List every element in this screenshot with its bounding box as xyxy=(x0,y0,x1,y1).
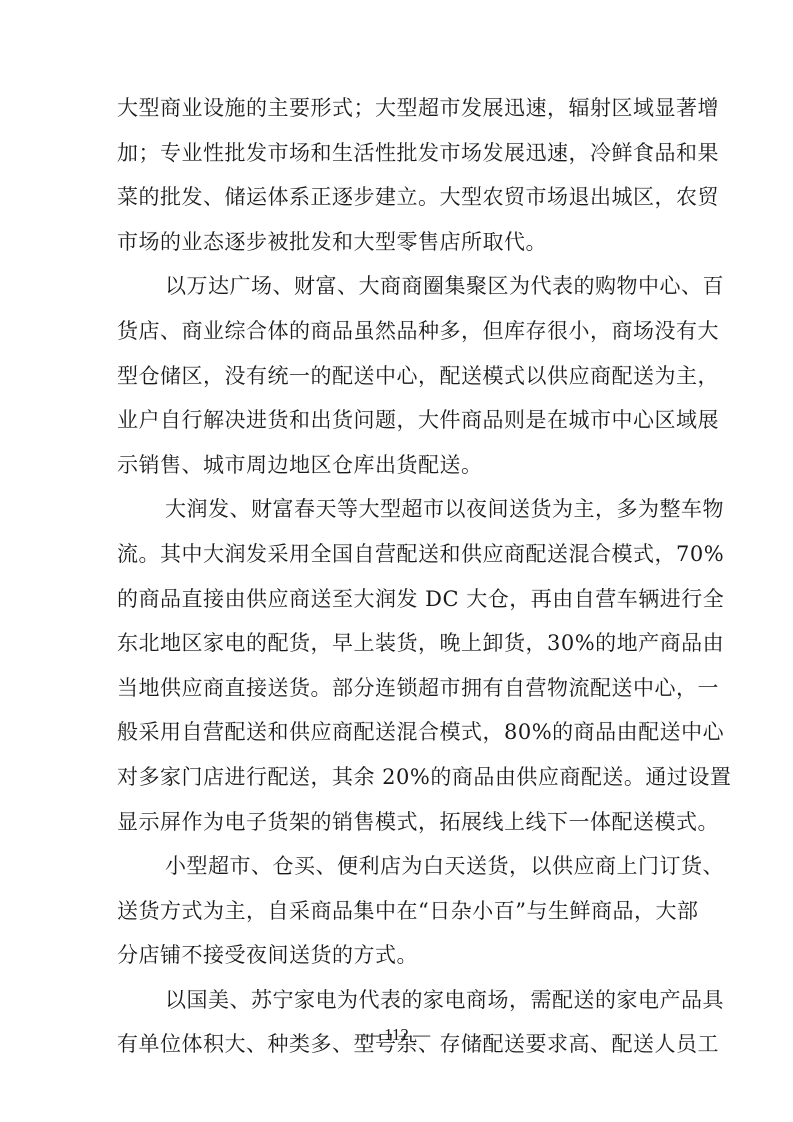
text-line: 示销售、城市周边地区仓库出货配送。 xyxy=(117,443,677,488)
text-line: 的商品直接由供应商送至大润发 DC 大仓，再由自营车辆进行全 xyxy=(117,577,677,622)
text-line: 以国美、苏宁家电为代表的家电商场，需配送的家电产品具 xyxy=(117,978,677,1023)
text-line: 货店、商业综合体的商品虽然品种多，但库存很小，商场没有大 xyxy=(117,309,677,354)
text-line: 小型超市、仓买、便利店为白天送货，以供应商上门订货、 xyxy=(117,844,677,889)
document-page: 大型商业设施的主要形式；大型超市发展迅速，辐射区域显著增 加；专业性批发市场和生… xyxy=(0,0,793,1122)
text-line: 流。其中大润发采用全国自营配送和供应商配送混合模式，70% xyxy=(117,532,677,577)
body-text: 大型商业设施的主要形式；大型超市发展迅速，辐射区域显著增 加；专业性批发市场和生… xyxy=(117,86,677,1067)
text-line: 大型商业设施的主要形式；大型超市发展迅速，辐射区域显著增 xyxy=(117,86,677,131)
text-line: 加；专业性批发市场和生活性批发市场发展迅速，冷鲜食品和果 xyxy=(117,131,677,176)
text-line: 东北地区家电的配货，早上装货，晚上卸货，30%的地产商品由 xyxy=(117,621,677,666)
text-line: 型仓储区，没有统一的配送中心，配送模式以供应商配送为主， xyxy=(117,354,677,399)
text-line: 分店铺不接受夜间送货的方式。 xyxy=(117,933,677,978)
text-line: 大润发、财富春天等大型超市以夜间送货为主，多为整车物 xyxy=(117,487,677,532)
page-number: — 112 — xyxy=(0,1025,793,1045)
text-line: 显示屏作为电子货架的销售模式，拓展线上线下一体配送模式。 xyxy=(117,800,677,845)
text-line: 业户自行解决进货和出货问题，大件商品则是在城市中心区域展 xyxy=(117,398,677,443)
text-line: 菜的批发、储运体系正逐步建立。大型农贸市场退出城区，农贸 xyxy=(117,175,677,220)
text-line: 般采用自营配送和供应商配送混合模式，80%的商品由配送中心 xyxy=(117,710,677,755)
text-line: 以万达广场、财富、大商商圈集聚区为代表的购物中心、百 xyxy=(117,264,677,309)
text-line: 市场的业态逐步被批发和大型零售店所取代。 xyxy=(117,220,677,265)
text-line: 送货方式为主，自采商品集中在“日杂小百”与生鲜商品，大部 xyxy=(117,889,677,934)
text-line: 对多家门店进行配送，其余 20%的商品由供应商配送。通过设置 xyxy=(117,755,677,800)
text-line: 当地供应商直接送货。部分连锁超市拥有自营物流配送中心，一 xyxy=(117,666,677,711)
